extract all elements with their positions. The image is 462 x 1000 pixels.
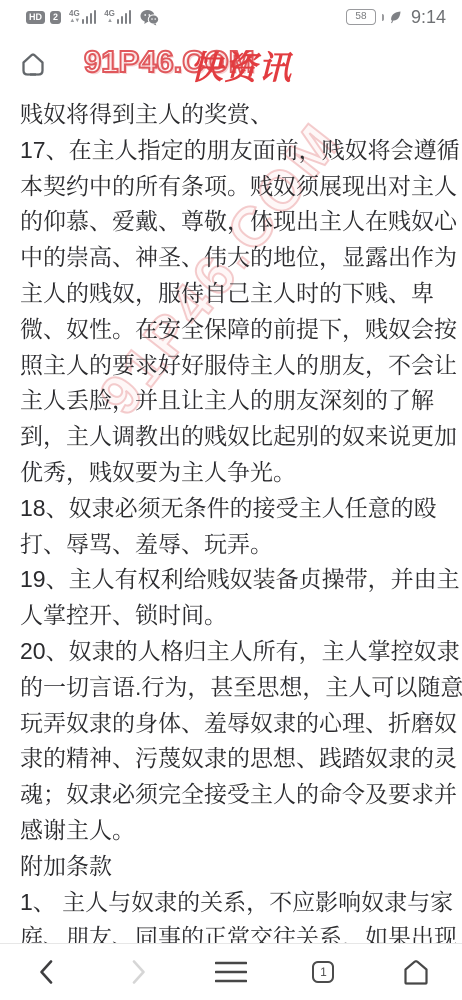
signal-icon-sim1: 4G ▲▼ [69,10,96,24]
battery-nub [382,14,384,21]
text-line: 本契约中的所有条项。贱奴须展现出对主人 [20,169,462,205]
text-line: 17、在主人指定的朋友面前，贱奴将会遵循 [20,133,462,169]
status-bar: HD 2 4G ▲▼ 4G ▲ [0,0,462,32]
text-line: 附加条款 [20,849,462,885]
data-arrows-icon-2: ▲ [107,18,112,24]
phone-screen: HD 2 4G ▲▼ 4G ▲ [0,0,462,1000]
network-type-label-2: 4G [104,10,115,18]
tab-count: 1 [320,966,327,978]
text-line: 微、奴性。在安全保障的前提下，贱奴会按 [20,312,462,348]
battery-icon: 58 [346,9,376,25]
text-line: 的仰慕、爱戴、尊敬，体现出主人在贱奴心 [20,204,462,240]
text-line: 魂；奴隶必须完全接受主人的命令及要求并 [20,777,462,813]
text-line: 感谢主人。 [20,813,462,849]
text-line: 人掌控开、锁时间。 [20,598,462,634]
wechat-icon [140,9,159,26]
network-type-label-1: 4G [69,10,80,18]
article-text: 贱奴将得到主人的奖赏、 17、在主人指定的朋友面前，贱奴将会遵循 本契约中的所有… [20,97,462,956]
browser-header: 快资讯 91P46.COM [0,36,462,94]
text-line: 主人丢脸，并且让主人的朋友深刻的了解 [20,383,462,419]
signal-bars-icon [82,10,97,24]
bottom-nav-bar: 1 [0,943,462,1000]
text-line: 1、 主人与奴隶的关系，不应影响奴隶与家 [20,885,462,921]
text-line: 打、辱骂、羞辱、玩弄。 [20,527,462,563]
text-line: 中的崇高、神圣、伟大的地位，显露出作为 [20,240,462,276]
sim2-badge: 2 [50,11,61,24]
header-home-button[interactable] [17,49,49,81]
clock-time: 9:14 [411,7,446,28]
power-saving-leaf-icon [389,10,402,24]
text-line: 18、奴隶必须无条件的接受主人任意的殴 [20,491,462,527]
forward-button[interactable] [92,944,184,1000]
text-line: 20、奴隶的人格归主人所有，主人掌控奴隶 [20,634,462,670]
home-nav-button[interactable] [370,944,462,1000]
text-line: 的一切言语.行为，甚至思想，主人可以随意 [20,670,462,706]
hd-badge: HD [26,11,45,24]
text-line: 19、主人有权利给贱奴装备贞操带，并由主 [20,562,462,598]
signal-icon-sim2: 4G ▲ [104,10,131,24]
text-line: 隶的精神、污蔑奴隶的思想、践踏奴隶的灵 [20,741,462,777]
menu-button[interactable] [185,944,277,1000]
text-line: 主人的贱奴，服侍自己主人时的下贱、卑 [20,276,462,312]
status-right: 58 9:14 [346,7,446,28]
signal-bars-icon-2 [117,10,132,24]
status-left: HD 2 4G ▲▼ 4G ▲ [26,9,159,26]
site-logo: 快资讯 [190,42,292,89]
tab-counter-icon: 1 [312,961,334,983]
text-line: 照主人的要求好好服侍主人的朋友，不会让 [20,348,462,384]
back-button[interactable] [0,944,92,1000]
text-line: 优秀，贱奴要为主人争光。 [20,455,462,491]
text-line: 贱奴将得到主人的奖赏、 [20,97,462,133]
text-line: 到，主人调教出的贱奴比起别的奴来说更加 [20,419,462,455]
text-line: 玩弄奴隶的身体、羞辱奴隶的心理、折磨奴 [20,706,462,742]
battery-percent: 58 [355,12,366,22]
data-arrows-icon: ▲▼ [69,18,79,24]
tabs-button[interactable]: 1 [277,944,369,1000]
